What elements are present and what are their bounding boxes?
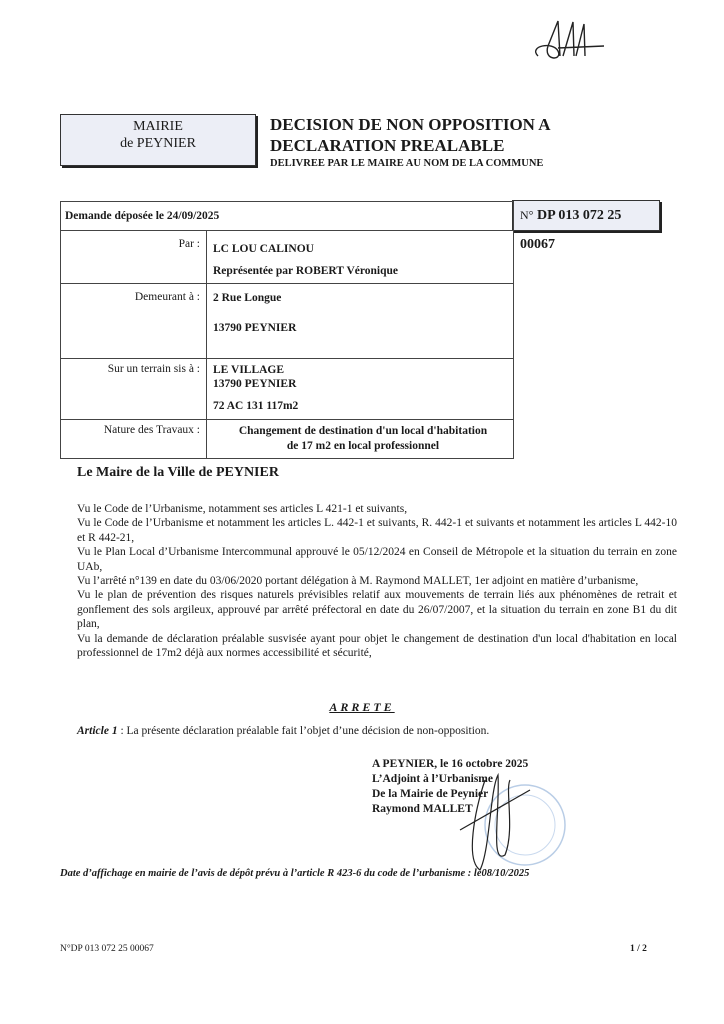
row-label: Par : bbox=[61, 231, 207, 284]
row-label: Sur un terrain sis à : bbox=[61, 359, 207, 420]
title-line-2: DECLARATION PREALABLE bbox=[270, 135, 551, 156]
works-nature-line-1: Changement de destination d'un local d'h… bbox=[213, 424, 513, 439]
signatory-role: L’Adjoint à l’Urbanisme bbox=[372, 772, 528, 787]
demande-date: Demande déposée le 24/09/2025 bbox=[61, 202, 514, 231]
table-row: Demeurant à : 2 Rue Longue 13790 PEYNIER bbox=[61, 284, 514, 359]
vu-item: Vu l’arrêté n°139 en date du 03/06/2020 … bbox=[77, 574, 677, 588]
signatory-organisation: De la Mairie de Peynier bbox=[372, 787, 528, 802]
works-nature-line-2: de 17 m2 en local professionnel bbox=[213, 439, 513, 454]
mairie-label: MAIRIE bbox=[61, 118, 255, 135]
article-1: Article 1 : La présente déclaration préa… bbox=[77, 725, 489, 737]
address-street: 2 Rue Longue bbox=[213, 291, 513, 305]
vu-item: Vu le plan de prévention des risques nat… bbox=[77, 588, 677, 631]
document-title: DECISION DE NON OPPOSITION A DECLARATION… bbox=[270, 114, 551, 171]
initials-signature-icon bbox=[528, 16, 608, 66]
vu-item: Vu le Code de l’Urbanisme, notamment ses… bbox=[77, 502, 677, 516]
vu-item: Vu la demande de déclaration préalable s… bbox=[77, 632, 677, 661]
row-label: Nature des Travaux : bbox=[61, 420, 207, 459]
mairie-box: MAIRIE de PEYNIER bbox=[60, 114, 256, 166]
table-row: Sur un terrain sis à : LE VILLAGE 13790 … bbox=[61, 359, 514, 420]
request-info-table: Demande déposée le 24/09/2025 Par : LC L… bbox=[60, 201, 514, 459]
page-number: 1 / 2 bbox=[630, 944, 647, 954]
article-text: : La présente déclaration préalable fait… bbox=[118, 725, 490, 737]
dossier-number: DP 013 072 25 00067 bbox=[520, 208, 621, 252]
signatory-name: Raymond MALLET bbox=[372, 802, 528, 817]
terrain-city: 13790 PEYNIER bbox=[213, 377, 513, 391]
signature-block: A PEYNIER, le 16 octobre 2025 L’Adjoint … bbox=[372, 757, 528, 817]
address-city: 13790 PEYNIER bbox=[213, 322, 513, 334]
maire-heading: Le Maire de la Ville de PEYNIER bbox=[77, 465, 279, 481]
commune-label: de PEYNIER bbox=[61, 135, 255, 152]
vu-item: Vu le Code de l’Urbanisme et notamment l… bbox=[77, 516, 677, 545]
dossier-number-box: N° DP 013 072 25 00067 bbox=[512, 200, 660, 231]
row-label: Demeurant à : bbox=[61, 284, 207, 359]
vu-considerations: Vu le Code de l’Urbanisme, notamment ses… bbox=[77, 502, 677, 660]
arrete-heading: ARRETE bbox=[0, 700, 724, 715]
title-subtitle: DELIVREE PAR LE MAIRE AU NOM DE LA COMMU… bbox=[270, 157, 551, 171]
terrain-parcel: 72 AC 131 117m2 bbox=[213, 399, 513, 413]
table-row: Nature des Travaux : Changement de desti… bbox=[61, 420, 514, 459]
signature-place-date: A PEYNIER, le 16 octobre 2025 bbox=[372, 757, 528, 772]
terrain-place: LE VILLAGE bbox=[213, 363, 513, 377]
footer-reference: N°DP 013 072 25 00067 bbox=[60, 944, 154, 954]
article-label: Article 1 bbox=[77, 725, 118, 737]
vu-item: Vu le Plan Local d’Urbanisme Intercommun… bbox=[77, 545, 677, 574]
number-prefix: N° bbox=[520, 208, 533, 222]
table-row: Par : LC LOU CALINOU Représentée par ROB… bbox=[61, 231, 514, 284]
affichage-date: Date d’affichage en mairie de l’avis de … bbox=[60, 868, 529, 879]
title-line-1: DECISION DE NON OPPOSITION A bbox=[270, 114, 551, 135]
applicant-representative: Représentée par ROBERT Véronique bbox=[213, 260, 513, 282]
applicant-name: LC LOU CALINOU bbox=[213, 238, 513, 260]
